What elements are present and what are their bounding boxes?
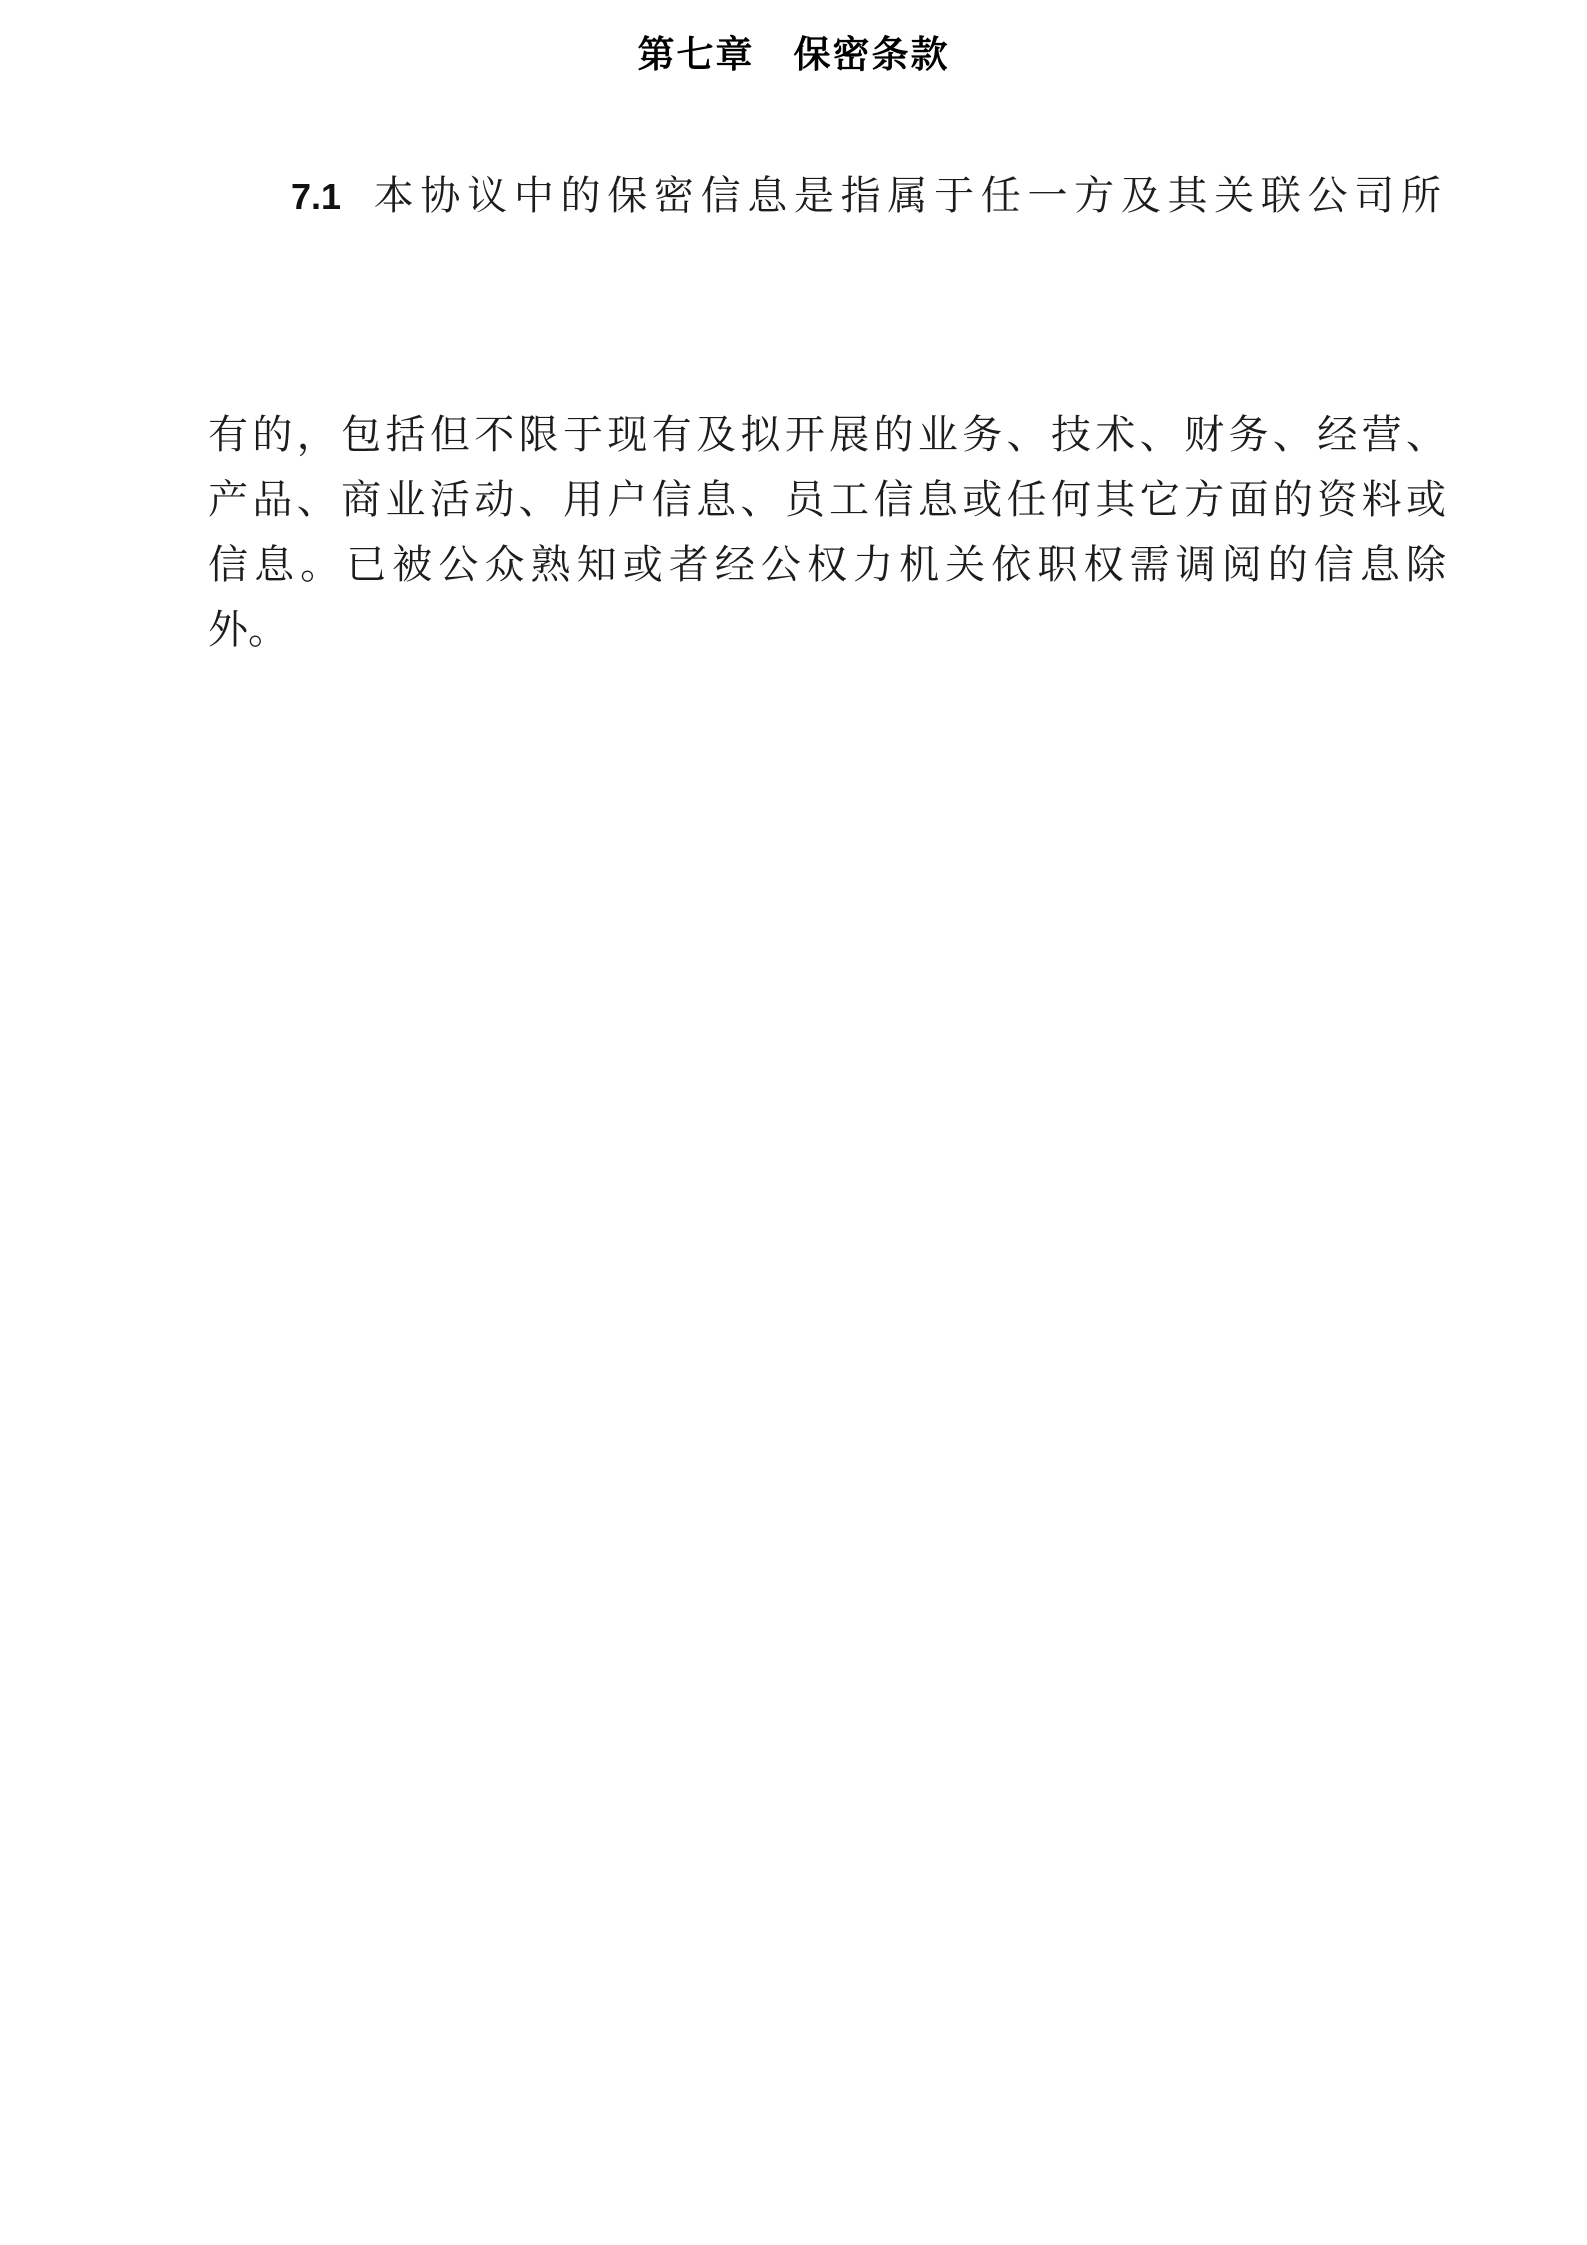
paragraph-line-1: 有的，包括但不限于现有及拟开展的业务、技术、财务、经营、 — [208, 402, 1446, 467]
paragraph-line-2: 产品、商业活动、用户信息、员工信息或任何其它方面的资料或 — [208, 467, 1446, 532]
clause-continuation-paragraph: 有的，包括但不限于现有及拟开展的业务、技术、财务、经营、 产品、商业活动、用户信… — [208, 402, 1446, 662]
paragraph-line-4: 外。 — [208, 597, 1446, 662]
paragraph-line-3: 信息。已被公众熟知或者经公权力机关依职权需调阅的信息除 — [208, 532, 1446, 597]
clause-first-line-text: 本协议中的保密信息是指属于任一方及其关联公司所 — [367, 173, 1441, 218]
clause-number: 7.1 — [291, 176, 367, 217]
clause-7-1-line: 7.1本协议中的保密信息是指属于任一方及其关联公司所 — [291, 172, 1441, 221]
document-page: 第七章 保密条款 7.1本协议中的保密信息是指属于任一方及其关联公司所 有的，包… — [0, 0, 1587, 2245]
chapter-title: 第七章 保密条款 — [0, 33, 1587, 77]
